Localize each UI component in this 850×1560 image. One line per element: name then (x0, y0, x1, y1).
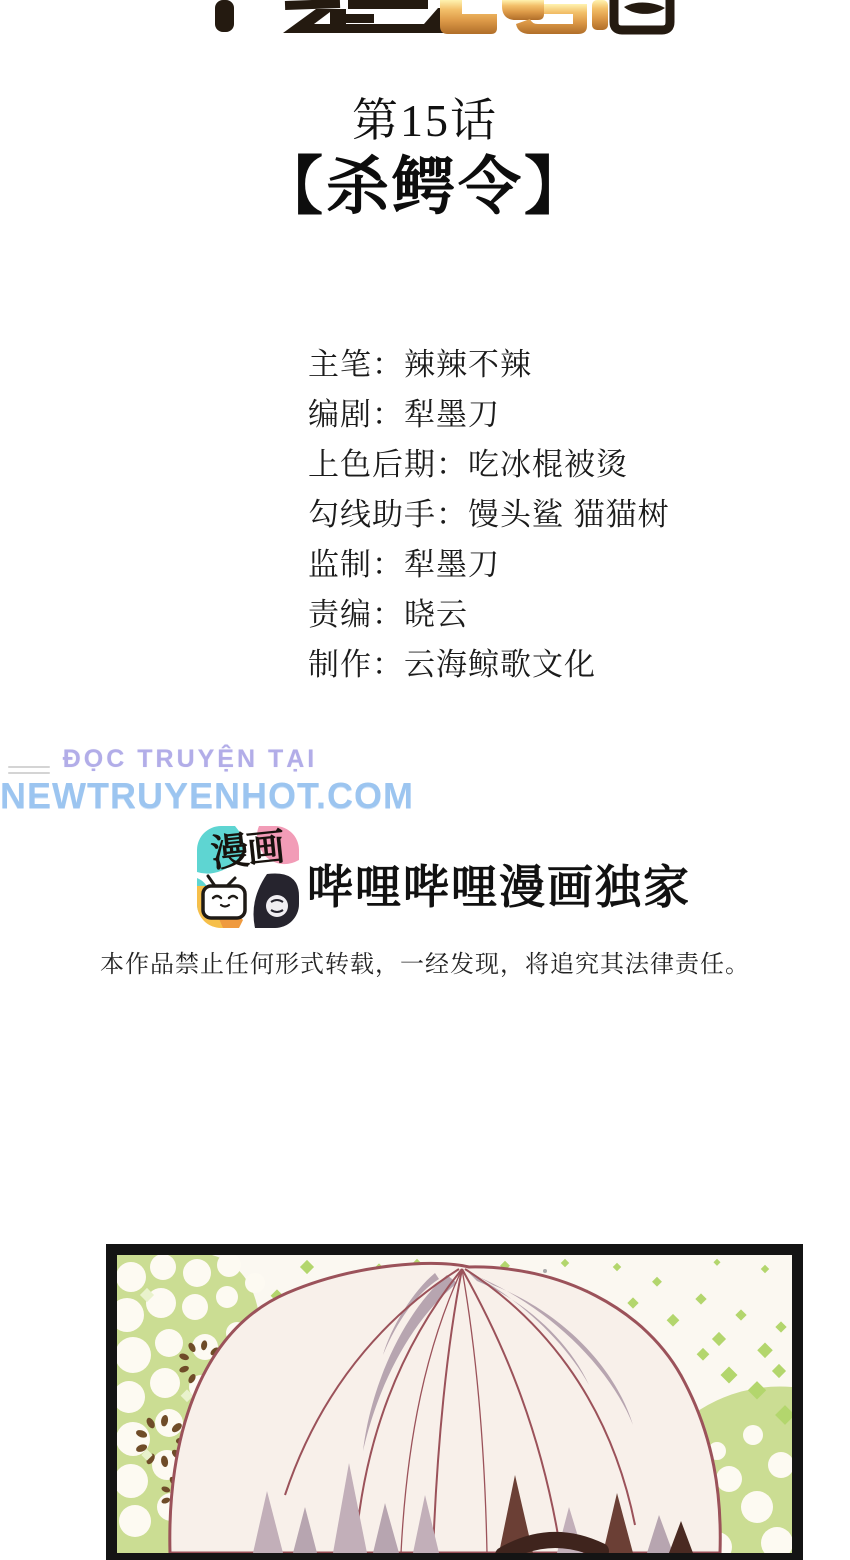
panel-artwork (117, 1255, 792, 1553)
tiny-watermark-smudge (8, 766, 50, 778)
credit-line-writer: 编剧：犁墨刀 (308, 390, 670, 440)
credit-line-coloring: 上色后期：吃冰棍被烫 (308, 440, 670, 490)
watermark-line1: ĐỌC TRUYỆN TẠI (0, 746, 380, 774)
manga-icon-label: 漫画 (209, 828, 285, 873)
copyright-disclaimer: 本作品禁止任何形式转载，一经发现，将追究其法律责任。 (0, 944, 850, 979)
series-logo-cropped-icon (178, 0, 678, 38)
credits-block: 主笔：辣辣不辣 编剧：犁墨刀 上色后期：吃冰棍被烫 勾线助手：馒头鲨 猫猫树 监… (308, 340, 670, 690)
chapter-title: 【杀鳄令】 (0, 136, 850, 227)
credit-line-editor: 责编：晓云 (308, 590, 670, 640)
credit-line-artist: 主笔：辣辣不辣 (308, 340, 670, 390)
manga-chapter-page: 第15话 【杀鳄令】 主笔：辣辣不辣 编剧：犁墨刀 上色后期：吃冰棍被烫 勾线助… (0, 0, 850, 1560)
bilibili-manga-icon: 漫画 (197, 826, 299, 928)
publisher-exclusive-label: 哔哩哔哩漫画独家 (307, 851, 691, 917)
credit-line-supervisor: 监制：犁墨刀 (308, 540, 670, 590)
credit-line-lineart: 勾线助手：馒头鲨 猫猫树 (308, 490, 670, 540)
comic-panel (106, 1244, 803, 1560)
credit-line-production: 制作：云海鲸歌文化 (308, 640, 670, 690)
site-watermark: ĐỌC TRUYỆN TẠI NEWTRUYENHOT.COM (0, 746, 380, 815)
watermark-line2: NEWTRUYENHOT.COM (0, 776, 380, 816)
